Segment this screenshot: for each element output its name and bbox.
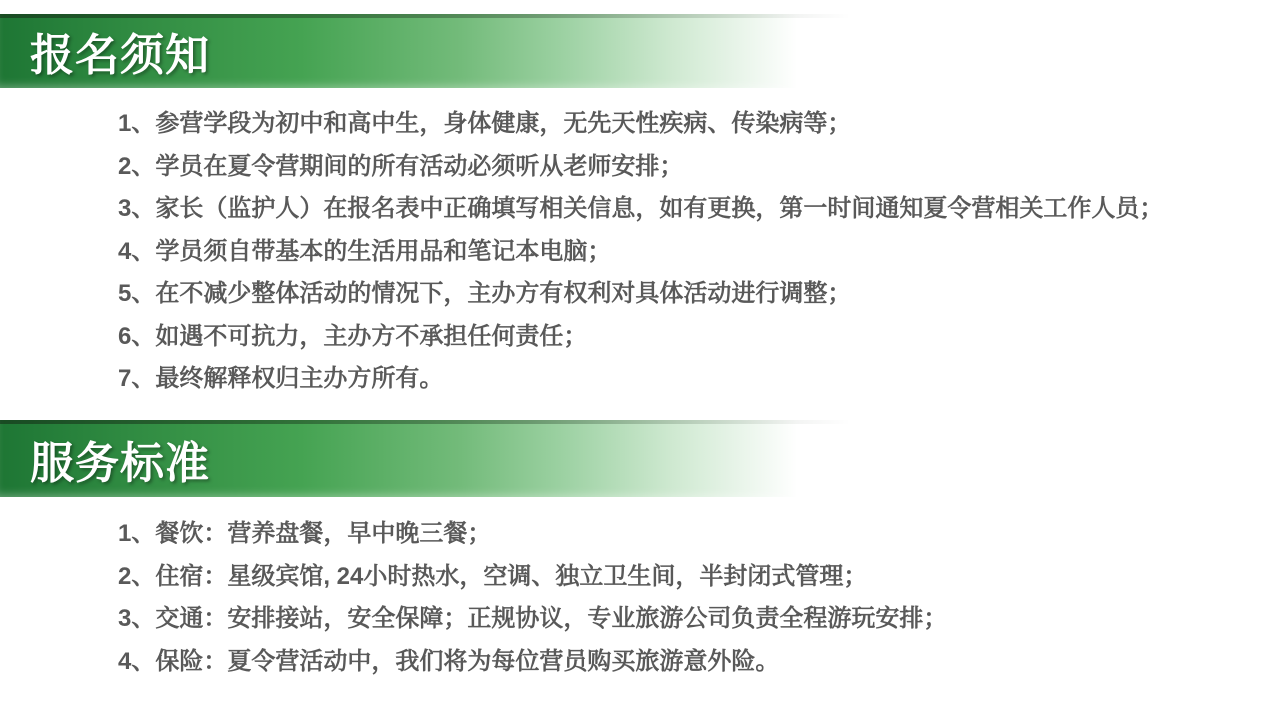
list-item: 2、学员在夏令营期间的所有活动必须听从老师安排； (118, 146, 1163, 189)
section-title-service-standards: 服务标准 (30, 420, 210, 497)
section-title-registration-notice: 报名须知 (30, 14, 210, 88)
list-item: 4、保险：夏令营活动中，我们将为每位营员购买旅游意外险。 (118, 641, 947, 684)
list-item: 4、学员须自带基本的生活用品和笔记本电脑； (118, 231, 1163, 274)
list-item: 1、餐饮：营养盘餐，早中晚三餐； (118, 513, 947, 556)
section-header-bar-registration-notice: 报名须知 (0, 14, 886, 88)
list-item: 3、家长（监护人）在报名表中正确填写相关信息，如有更换，第一时间通知夏令营相关工… (118, 188, 1163, 231)
slide: 报名须知 1、参营学段为初中和高中生，身体健康，无先天性疾病、传染病等； 2、学… (0, 0, 1280, 720)
list-item: 3、交通：安排接站，安全保障；正规协议，专业旅游公司负责全程游玩安排； (118, 598, 947, 641)
service-standards-list: 1、餐饮：营养盘餐，早中晚三餐； 2、住宿：星级宾馆, 24小时热水，空调、独立… (118, 513, 947, 683)
section-header-bar-service-standards: 服务标准 (0, 420, 886, 497)
list-item: 1、参营学段为初中和高中生，身体健康，无先天性疾病、传染病等； (118, 103, 1163, 146)
list-item: 2、住宿：星级宾馆, 24小时热水，空调、独立卫生间，半封闭式管理； (118, 556, 947, 599)
list-item: 7、最终解释权归主办方所有。 (118, 358, 1163, 401)
list-item: 6、如遇不可抗力，主办方不承担任何责任； (118, 316, 1163, 359)
registration-notice-list: 1、参营学段为初中和高中生，身体健康，无先天性疾病、传染病等； 2、学员在夏令营… (118, 103, 1163, 401)
list-item: 5、在不减少整体活动的情况下，主办方有权利对具体活动进行调整； (118, 273, 1163, 316)
